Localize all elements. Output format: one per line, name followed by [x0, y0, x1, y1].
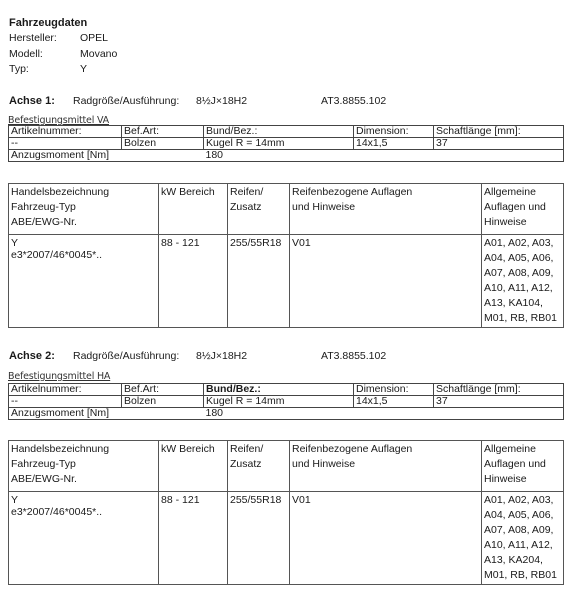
- axle-1-fastener-table: Artikelnummer: Bef.Art: Bund/Bez.: Dimen…: [8, 125, 564, 162]
- axle-2-label: Achse 2:: [9, 350, 55, 362]
- axle-2-wheel-value: 8½J×18H2: [196, 350, 247, 362]
- header-general-notes: Allgemeine Auflagen und Hinweise: [482, 441, 564, 492]
- fastener-header-shaft-length: Schaftlänge [mm]:: [434, 384, 564, 396]
- tire-notes-cell: V01: [290, 235, 482, 328]
- kw-range-cell: 88 - 121: [159, 492, 228, 585]
- torque-label: Anzugsmoment [Nm]: [9, 408, 204, 420]
- axle-2-approval-number: AT3.8855.102: [321, 350, 386, 362]
- axle-2-fastener-caption: Befestigungsmittel HA: [8, 371, 110, 382]
- torque-label: Anzugsmoment [Nm]: [9, 150, 204, 162]
- header-tire-notes: Reifenbezogene Auflagen und Hinweise: [290, 441, 482, 492]
- header-tire: Reifen/ Zusatz: [228, 441, 290, 492]
- header-kw-range: kW Bereich: [159, 184, 228, 235]
- fastener-dimension-value: 14x1,5: [354, 138, 434, 150]
- fastener-header-dimension: Dimension:: [354, 384, 434, 396]
- header-designation: Handelsbezeichnung Fahrzeug-Typ ABE/EWG-…: [9, 441, 159, 492]
- designation-cell: Y e3*2007/46*0045*..: [9, 492, 159, 585]
- kw-range-cell: 88 - 121: [159, 235, 228, 328]
- torque-value: 180: [204, 150, 564, 162]
- fastener-article-value: --: [9, 396, 122, 408]
- fastener-header-collar: Bund/Bez.:: [204, 126, 354, 138]
- fastener-header-shaft-length: Schaftlänge [mm]:: [434, 126, 564, 138]
- general-notes-cell: A01, A02, A03, A04, A05, A06, A07, A08, …: [482, 492, 564, 585]
- fastener-collar-value: Kugel R = 14mm: [204, 138, 354, 150]
- manufacturer-value: OPEL: [80, 32, 108, 44]
- header-general-notes: Allgemeine Auflagen und Hinweise: [482, 184, 564, 235]
- header-tire: Reifen/ Zusatz: [228, 184, 290, 235]
- vehicle-data-title: Fahrzeugdaten: [9, 17, 87, 29]
- type-label: Typ:: [9, 63, 29, 75]
- model-value: Movano: [80, 48, 117, 60]
- fastener-header-collar: Bund/Bez.:: [204, 384, 354, 396]
- axle-1-wheel-value: 8½J×18H2: [196, 95, 247, 107]
- model-label: Modell:: [9, 48, 43, 60]
- torque-value: 180: [204, 408, 564, 420]
- axle-1-wheel-label: Radgröße/Ausführung:: [73, 95, 179, 107]
- table-row: Y e3*2007/46*0045*.. 88 - 121 255/55R18 …: [9, 492, 564, 585]
- fastener-header-article: Artikelnummer:: [9, 126, 122, 138]
- fastener-article-value: --: [9, 138, 122, 150]
- fastener-shaft-length-value: 37: [434, 138, 564, 150]
- tire-cell: 255/55R18: [228, 235, 290, 328]
- tire-notes-cell: V01: [290, 492, 482, 585]
- tire-cell: 255/55R18: [228, 492, 290, 585]
- fastener-header-type: Bef.Art:: [122, 384, 204, 396]
- axle-1-approval-number: AT3.8855.102: [321, 95, 386, 107]
- fastener-collar-value: Kugel R = 14mm: [204, 396, 354, 408]
- general-notes-cell: A01, A02, A03, A04, A05, A06, A07, A08, …: [482, 235, 564, 328]
- manufacturer-label: Hersteller:: [9, 32, 57, 44]
- designation-cell: Y e3*2007/46*0045*..: [9, 235, 159, 328]
- axle-2-approval-table: Handelsbezeichnung Fahrzeug-Typ ABE/EWG-…: [8, 440, 564, 585]
- type-value: Y: [80, 63, 87, 75]
- fastener-shaft-length-value: 37: [434, 396, 564, 408]
- axle-2-fastener-table: Artikelnummer: Bef.Art: Bund/Bez.: Dimen…: [8, 383, 564, 420]
- fastener-header-type: Bef.Art:: [122, 126, 204, 138]
- fastener-header-article: Artikelnummer:: [9, 384, 122, 396]
- table-row: Y e3*2007/46*0045*.. 88 - 121 255/55R18 …: [9, 235, 564, 328]
- fastener-dimension-value: 14x1,5: [354, 396, 434, 408]
- header-designation: Handelsbezeichnung Fahrzeug-Typ ABE/EWG-…: [9, 184, 159, 235]
- fastener-type-value: Bolzen: [122, 396, 204, 408]
- axle-1-label: Achse 1:: [9, 95, 55, 107]
- header-tire-notes: Reifenbezogene Auflagen und Hinweise: [290, 184, 482, 235]
- axle-1-approval-table: Handelsbezeichnung Fahrzeug-Typ ABE/EWG-…: [8, 183, 564, 328]
- axle-2-wheel-label: Radgröße/Ausführung:: [73, 350, 179, 362]
- fastener-type-value: Bolzen: [122, 138, 204, 150]
- fastener-header-dimension: Dimension:: [354, 126, 434, 138]
- header-kw-range: kW Bereich: [159, 441, 228, 492]
